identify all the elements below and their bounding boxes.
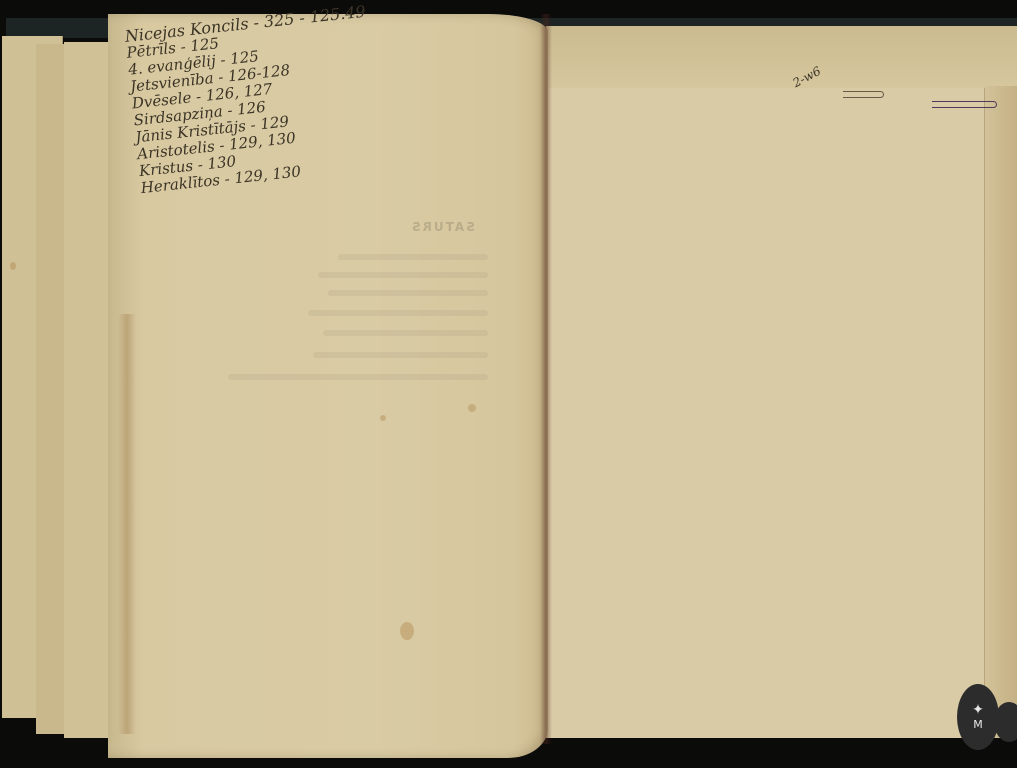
foxing-spot [10, 262, 16, 270]
bleed-through-line [308, 310, 488, 316]
page-fold-stain [118, 314, 136, 734]
ornament-star-icon: ✦ [972, 703, 984, 717]
bleed-through-line [318, 272, 488, 278]
paper-clip-icon [843, 91, 884, 98]
handwritten-notes: Nicejas Koncils - 325 - 125.49 Pētrīls -… [124, 0, 410, 197]
right-page-edge [985, 86, 1017, 738]
right-page-inner-sheet [548, 88, 985, 738]
book-spine [540, 14, 552, 744]
bleed-through-line [328, 290, 488, 296]
book-photo: SATURS Nicejas Koncils - 325 - 125.49 Pē… [0, 0, 1017, 768]
bleed-through-line [338, 254, 488, 260]
bleed-through-line [228, 374, 488, 380]
foxing-spot [380, 415, 386, 421]
right-page-top-band [546, 26, 1017, 91]
bleed-through-title: SATURS [410, 220, 475, 234]
watermark-badge: ✦ M [957, 684, 999, 750]
bleed-through-line [323, 330, 488, 336]
right-page [546, 26, 1017, 738]
bleed-through-line [313, 352, 488, 358]
watermark-monogram: M [973, 719, 983, 731]
paper-clip-icon [932, 101, 997, 108]
foxing-spot [468, 404, 476, 412]
foxing-spot [400, 622, 414, 640]
